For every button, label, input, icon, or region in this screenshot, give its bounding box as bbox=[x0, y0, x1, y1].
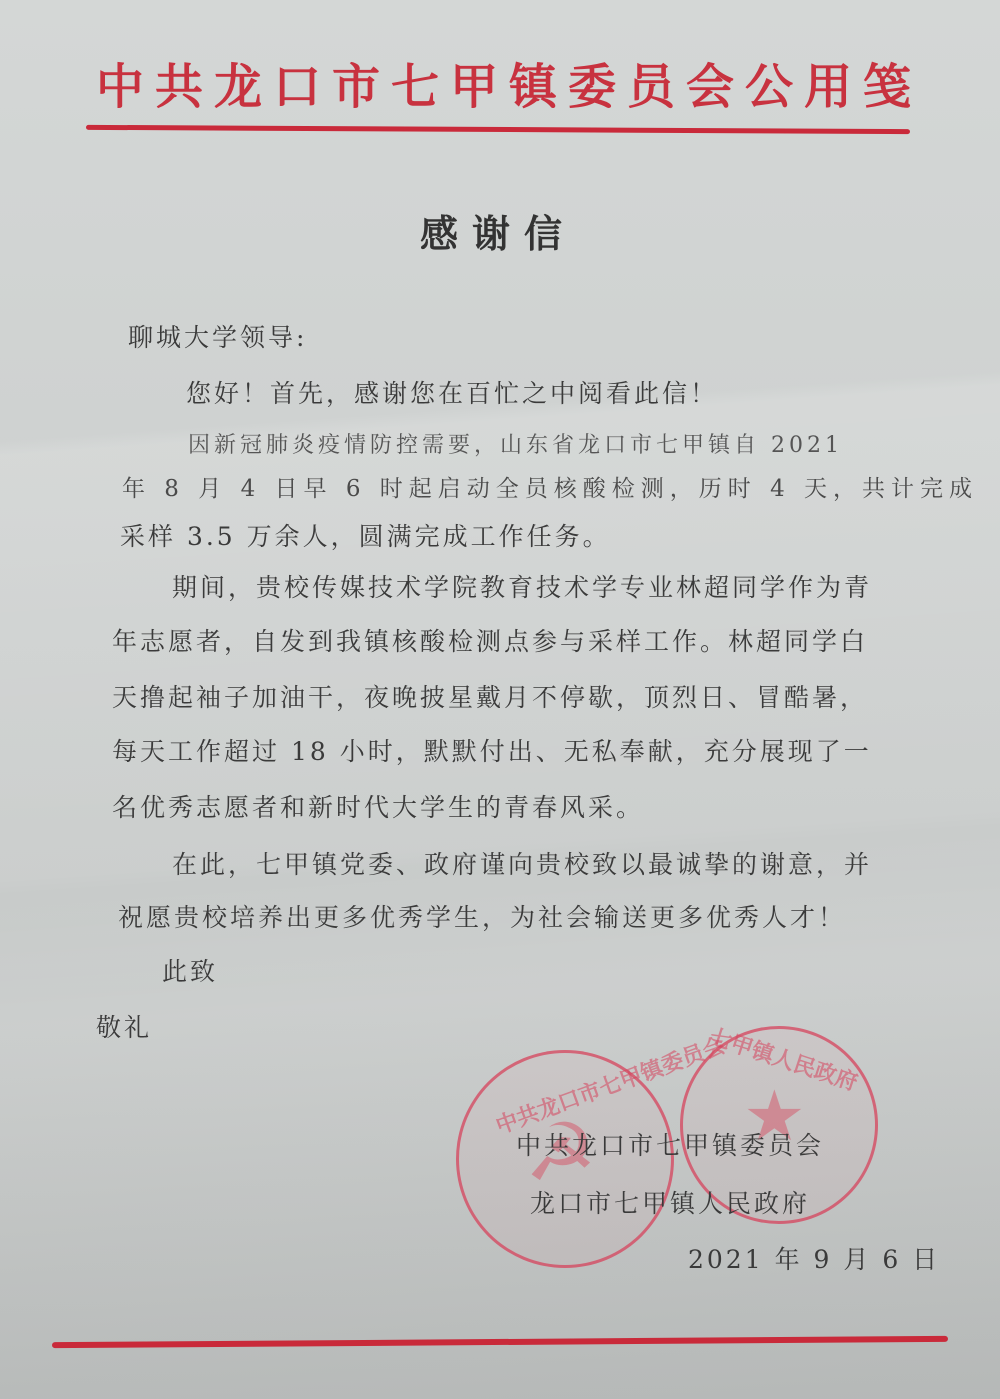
closing-line-2: 敬礼 bbox=[96, 1008, 152, 1044]
paragraph-3-line-2: 年志愿者，自发到我镇核酸检测点参与采样工作。林超同学白 bbox=[112, 622, 868, 658]
paragraph-4-line-2: 祝愿贵校培养出更多优秀学生，为社会输送更多优秀人才！ bbox=[118, 898, 846, 934]
footer-divider bbox=[52, 1336, 948, 1348]
paragraph-4-line-1: 在此，七甲镇党委、政府谨向贵校致以最诚挚的谢意，并 bbox=[172, 845, 872, 881]
letterhead-divider bbox=[86, 125, 910, 134]
signature-party-committee: 中共龙口市七甲镇委员会 bbox=[516, 1126, 824, 1162]
letter-date: 2021 年 9 月 6 日 bbox=[688, 1240, 940, 1276]
closing-line-1: 此致 bbox=[162, 952, 218, 988]
paragraph-2-line-2: 年 8 月 4 日早 6 时起启动全员核酸检测，历时 4 天，共计完成 bbox=[122, 470, 978, 503]
letterhead-title: 中共龙口市七甲镇委员会公用笺 bbox=[96, 48, 906, 117]
paragraph-3-line-5: 名优秀志愿者和新时代大学生的青春风采。 bbox=[112, 788, 644, 824]
salutation: 聊城大学领导: bbox=[128, 318, 307, 354]
paragraph-2-line-3: 采样 3.5 万余人，圆满完成工作任务。 bbox=[120, 517, 611, 553]
paragraph-3-line-4: 每天工作超过 18 小时，默默付出、无私奉献，充分展现了一 bbox=[112, 732, 872, 768]
letter-sheet: 中共龙口市七甲镇委员会公用笺 感谢信 聊城大学领导: 您好！首先，感谢您在百忙之… bbox=[0, 0, 1000, 1399]
greeting-paragraph: 您好！首先，感谢您在百忙之中阅看此信！ bbox=[186, 374, 718, 410]
document-title: 感谢信 bbox=[420, 203, 576, 258]
paragraph-3-line-1: 期间，贵校传媒技术学院教育技术学专业林超同学作为青 bbox=[172, 568, 872, 604]
paragraph-3-line-3: 天撸起袖子加油干，夜晚披星戴月不停歇，顶烈日、冒酷暑， bbox=[112, 678, 868, 714]
signature-government: 龙口市七甲镇人民政府 bbox=[530, 1184, 810, 1220]
paragraph-2-line-1: 因新冠肺炎疫情防控需要，山东省龙口市七甲镇自 2021 bbox=[188, 428, 843, 459]
